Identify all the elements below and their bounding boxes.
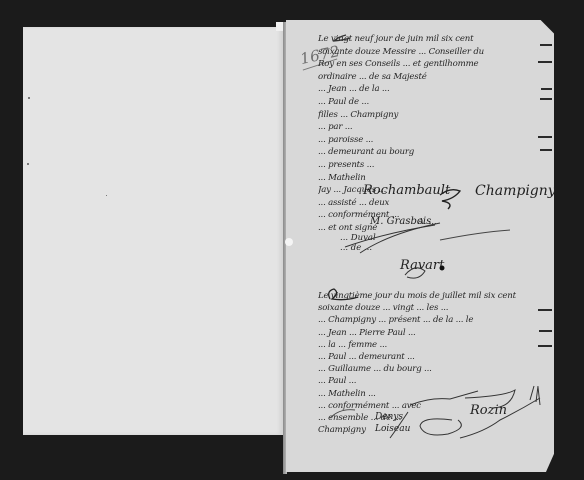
left-page-blank: [23, 27, 283, 435]
text-line: ... Jean ... de la ...: [318, 83, 550, 96]
signature-line: Loiseau: [375, 424, 410, 434]
signature-line: Denys: [375, 412, 403, 422]
line-filler-dash: [540, 149, 552, 151]
manuscript-paragraph-2: Le vingtième jour du mois de juillet mil…: [318, 290, 550, 436]
text-line: ... Paul de ...: [318, 96, 550, 109]
manuscript-paragraph-1: Le vingt neuf jour de juin mil six cent …: [318, 33, 550, 235]
signature-duval: ... Duval ... de ...: [340, 233, 376, 253]
text-line: ... Paul ... demeurant ...: [318, 351, 550, 363]
text-line: ... Mathelin ...: [318, 388, 550, 400]
line-filler-dash: [538, 61, 552, 63]
line-filler-dash: [538, 309, 552, 311]
text-line: Le vingt neuf jour de juin mil six cent: [318, 33, 550, 46]
line-filler-dash: [540, 44, 552, 46]
text-line: filles ... Champigny: [318, 109, 550, 122]
text-line: Champigny: [318, 424, 550, 436]
signature-ravart: Ravart: [400, 258, 444, 273]
text-line: ... ensemble ... de ...: [318, 412, 550, 424]
scan-viewer: 1672 Le vingt neuf jour de juin mil six …: [0, 0, 584, 480]
line-filler-dash: [538, 345, 552, 347]
paper-spot: [28, 97, 30, 99]
text-line: ... demeurant au bourg: [318, 146, 550, 159]
paper-spot: [106, 195, 107, 196]
text-line: ordinaire ... de sa Majesté: [318, 71, 550, 84]
line-filler-dash: [541, 88, 552, 90]
text-line: ... presents ...: [318, 159, 550, 172]
text-line: Le vingtième jour du mois de juillet mil…: [318, 290, 550, 302]
text-line: ... paroisse ...: [318, 134, 550, 147]
text-line: ... la ... femme ...: [318, 339, 550, 351]
text-line: Roy en ses Conseils ... et gentilhomme: [318, 58, 550, 71]
text-line: ... Champigny ... présent ... de la ... …: [318, 314, 550, 326]
line-filler-dash: [539, 330, 552, 332]
signature-line: ... de ...: [340, 243, 372, 253]
text-line: ... Paul ...: [318, 375, 550, 387]
text-line: ... conformément ... avec: [318, 400, 550, 412]
line-filler-dash: [538, 136, 552, 138]
paper-spot: [27, 163, 29, 165]
signature-line: ... Duval: [340, 233, 376, 243]
signature-champigny: Champigny: [475, 183, 556, 199]
text-line: soixante douze ... vingt ... les ...: [318, 302, 550, 314]
text-line: soixante douze Messire ... Conseiller du: [318, 46, 550, 59]
signature-rozin: Rozin: [470, 403, 507, 418]
text-line: ... par ...: [318, 121, 550, 134]
text-line: ... Jean ... Pierre Paul ...: [318, 327, 550, 339]
text-line: ... Guillaume ... du bourg ...: [318, 363, 550, 375]
signature-witness: A. ...: [418, 217, 437, 226]
line-filler-dash: [540, 98, 552, 100]
signature-rochambault: Rochambault: [363, 183, 450, 198]
binding-hole: [285, 238, 293, 246]
signature-denys-loiseau: Denys Loiseau: [375, 411, 410, 435]
